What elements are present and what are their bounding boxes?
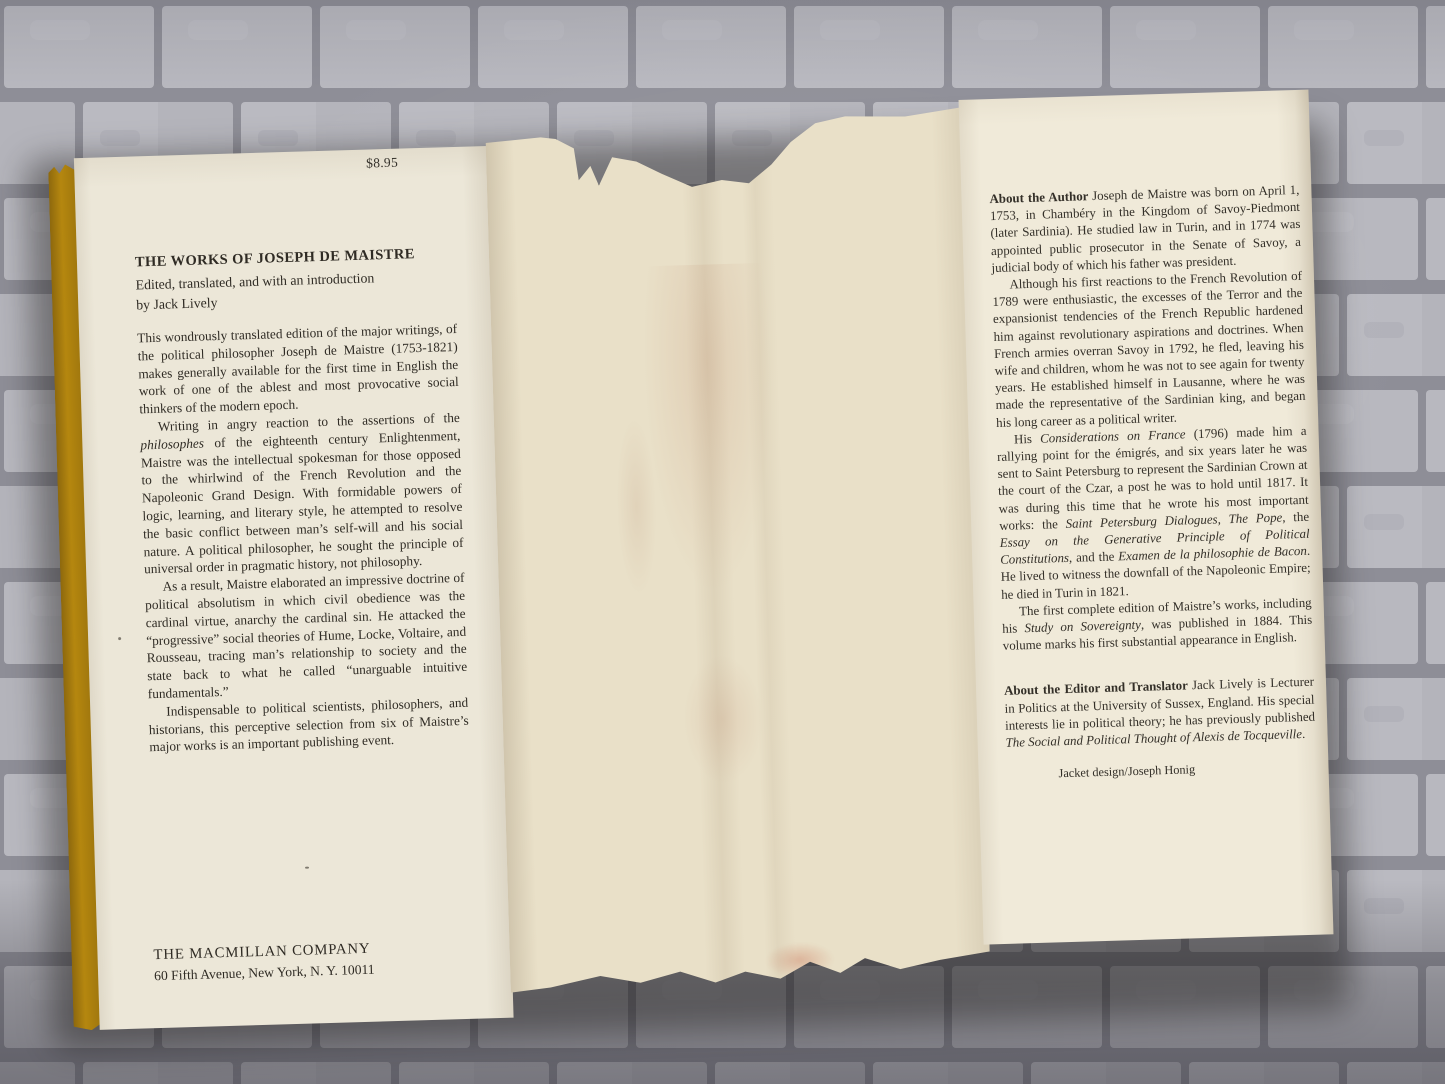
left-jacket-flap: $8.95 THE WORKS OF JOSEPH DE MAISTRE Edi… [74,146,514,1030]
flap-paragraph: Indispensable to political scientists, p… [148,694,469,757]
right-flap-text-block: About the Author Joseph de Maistre was b… [989,182,1316,783]
flap-paragraph: This wondrously translated edition of th… [137,320,459,418]
publisher-block: THE MACMILLAN COMPANY 60 Fifth Avenue, N… [153,938,375,987]
flap-paragraph: His Considerations on France (1796) made… [996,423,1311,604]
flap-paragraph: As a result, Maistre elaborated an impre… [144,569,468,703]
paper-stain [614,416,659,597]
paper-speck [305,867,309,869]
about-author-paragraph: About the Author Joseph de Maistre was b… [989,182,1301,277]
flap-paragraph: Although his first reactions to the Fren… [992,268,1306,432]
jacket-design-credit: Jacket design/Joseph Honig [1058,759,1316,782]
price-label: $8.95 [366,155,398,172]
paper-speck [118,637,121,640]
jacket-spine-panel [485,107,991,1001]
book-photo: $8.95 THE WORKS OF JOSEPH DE MAISTRE Edi… [0,0,1445,1084]
paper-stain [639,263,779,597]
flap-paragraph: Writing in angry reaction to the asserti… [140,409,465,579]
about-editor-paragraph: About the Editor and Translator Jack Liv… [1004,674,1316,752]
paper-stain [681,653,765,785]
right-jacket-flap: About the Author Joseph de Maistre was b… [959,90,1334,945]
flap-paragraph: The first complete edition of Maistre’s … [1002,595,1313,656]
open-book: $8.95 THE WORKS OF JOSEPH DE MAISTRE Edi… [39,81,1351,1034]
left-flap-text-block: THE WORKS OF JOSEPH DE MAISTRE Edited, t… [135,245,470,756]
